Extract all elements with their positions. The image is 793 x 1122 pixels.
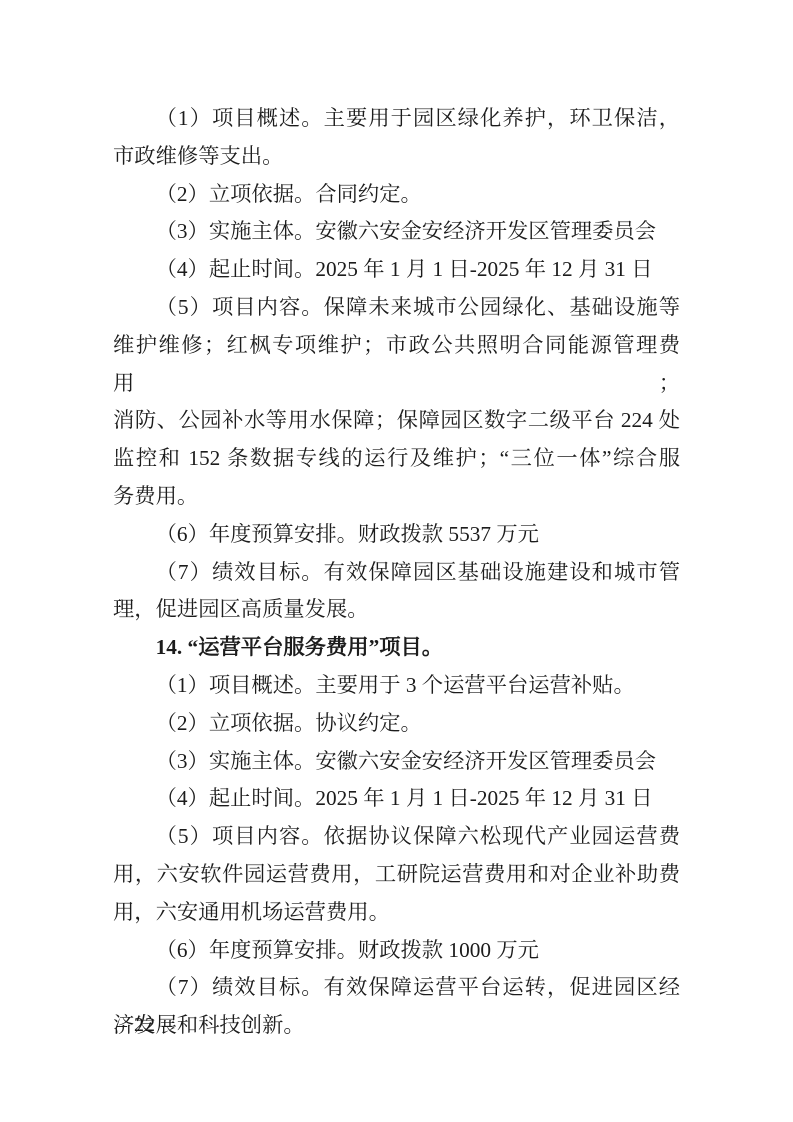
paragraph-line: 用，六安通用机场运营费用。 — [113, 894, 680, 932]
paragraph-line: （3）实施主体。安徽六安金安经济开发区管理委员会 — [113, 213, 680, 251]
paragraph-line: 用，六安软件园运营费用，工研院运营费用和对企业补助费 — [113, 856, 680, 894]
document-body: （1）项目概述。主要用于园区绿化养护，环卫保洁， 市政维修等支出。 （2）立项依… — [113, 100, 680, 1045]
paragraph-line: （7）绩效目标。有效保障园区基础设施建设和城市管 — [113, 554, 680, 592]
document-page: （1）项目概述。主要用于园区绿化养护，环卫保洁， 市政维修等支出。 （2）立项依… — [0, 0, 793, 1122]
page-number: – 22 – — [117, 1012, 173, 1038]
paragraph-line: 消防、公园补水等用水保障；保障园区数字二级平台 224 处 — [113, 402, 680, 440]
paragraph-line: （5）项目内容。依据协议保障六松现代产业园运营费 — [113, 818, 680, 856]
paragraph-line: 监控和 152 条数据专线的运行及维护；“三位一体”综合服 — [113, 440, 680, 478]
paragraph-line: （7）绩效目标。有效保障运营平台运转，促进园区经 — [113, 969, 680, 1007]
paragraph-line: （6）年度预算安排。财政拨款 1000 万元 — [113, 932, 680, 970]
paragraph-line: 维护维修；红枫专项维护；市政公共照明合同能源管理费用； — [113, 327, 680, 403]
paragraph-line: 市政维修等支出。 — [113, 138, 680, 176]
paragraph-line: （3）实施主体。安徽六安金安经济开发区管理委员会 — [113, 743, 680, 781]
section-heading: 14. “运营平台服务费用”项目。 — [113, 629, 680, 667]
paragraph-line: 济发展和科技创新。 — [113, 1007, 680, 1045]
paragraph-line: （4）起止时间。2025 年 1 月 1 日-2025 年 12 月 31 日 — [113, 780, 680, 818]
paragraph-line: （5）项目内容。保障未来城市公园绿化、基础设施等 — [113, 289, 680, 327]
paragraph-line: 理，促进园区高质量发展。 — [113, 591, 680, 629]
paragraph-line: （4）起止时间。2025 年 1 月 1 日-2025 年 12 月 31 日 — [113, 251, 680, 289]
paragraph-line: （2）立项依据。合同约定。 — [113, 176, 680, 214]
paragraph-line: （1）项目概述。主要用于园区绿化养护，环卫保洁， — [113, 100, 680, 138]
paragraph-line: （6）年度预算安排。财政拨款 5537 万元 — [113, 516, 680, 554]
paragraph-line: （1）项目概述。主要用于 3 个运营平台运营补贴。 — [113, 667, 680, 705]
paragraph-line: 务费用。 — [113, 478, 680, 516]
paragraph-line: （2）立项依据。协议约定。 — [113, 705, 680, 743]
